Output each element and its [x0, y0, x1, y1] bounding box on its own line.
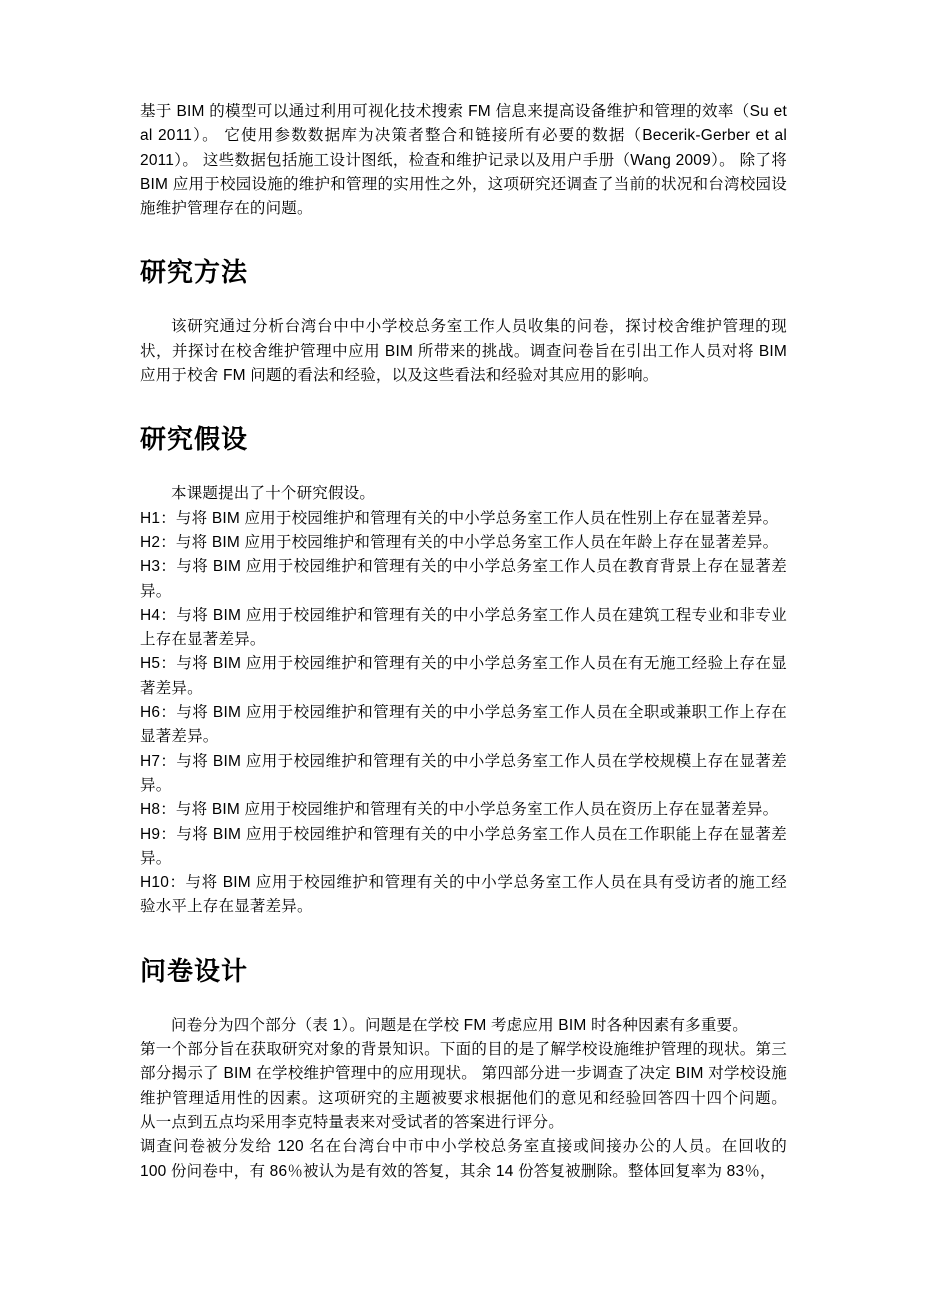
hypothesis-item: H8：与将 BIM 应用于校园维护和管理有关的中小学总务室工作人员在资历上存在显…	[140, 798, 787, 822]
hypothesis-item: H5：与将 BIM 应用于校园维护和管理有关的中小学总务室工作人员在有无施工经验…	[140, 652, 787, 701]
document-page: 基于 BIM 的模型可以通过利用可视化技术搜索 FM 信息来提高设备维护和管理的…	[0, 0, 926, 1309]
hypothesis-item: H3：与将 BIM 应用于校园维护和管理有关的中小学总务室工作人员在教育背景上存…	[140, 555, 787, 604]
questionnaire-paragraph-2: 第一个部分旨在获取研究对象的背景知识。下面的目的是了解学校设施维护管理的现状。第…	[140, 1038, 787, 1135]
questionnaire-paragraph-1: 问卷分为四个部分（表 1）。问题是在学校 FM 考虑应用 BIM 时各种因素有多…	[140, 1014, 787, 1038]
questionnaire-paragraph-3: 调查问卷被分发给 120 名在台湾台中市中小学校总务室直接或间接办公的人员。在回…	[140, 1135, 787, 1184]
section-heading-research-method: 研究方法	[140, 255, 787, 289]
hypothesis-item: H1：与将 BIM 应用于校园维护和管理有关的中小学总务室工作人员在性别上存在显…	[140, 507, 787, 531]
hypothesis-item: H9：与将 BIM 应用于校园维护和管理有关的中小学总务室工作人员在工作职能上存…	[140, 823, 787, 872]
research-method-paragraph: 该研究通过分析台湾台中中小学校总务室工作人员收集的问卷，探讨校舍维护管理的现状，…	[140, 315, 787, 388]
hypotheses-intro: 本课题提出了十个研究假设。	[140, 482, 787, 506]
hypothesis-item: H2：与将 BIM 应用于校园维护和管理有关的中小学总务室工作人员在年龄上存在显…	[140, 531, 787, 555]
hypotheses-list: H1：与将 BIM 应用于校园维护和管理有关的中小学总务室工作人员在性别上存在显…	[140, 507, 787, 920]
intro-paragraph: 基于 BIM 的模型可以通过利用可视化技术搜索 FM 信息来提高设备维护和管理的…	[140, 100, 787, 221]
section-heading-research-hypotheses: 研究假设	[140, 422, 787, 456]
hypothesis-item: H4：与将 BIM 应用于校园维护和管理有关的中小学总务室工作人员在建筑工程专业…	[140, 604, 787, 653]
hypothesis-item: H10：与将 BIM 应用于校园维护和管理有关的中小学总务室工作人员在具有受访者…	[140, 871, 787, 920]
section-heading-questionnaire-design: 问卷设计	[140, 954, 787, 988]
hypothesis-item: H6：与将 BIM 应用于校园维护和管理有关的中小学总务室工作人员在全职或兼职工…	[140, 701, 787, 750]
document-body: 基于 BIM 的模型可以通过利用可视化技术搜索 FM 信息来提高设备维护和管理的…	[140, 100, 787, 1184]
hypothesis-item: H7：与将 BIM 应用于校园维护和管理有关的中小学总务室工作人员在学校规模上存…	[140, 750, 787, 799]
